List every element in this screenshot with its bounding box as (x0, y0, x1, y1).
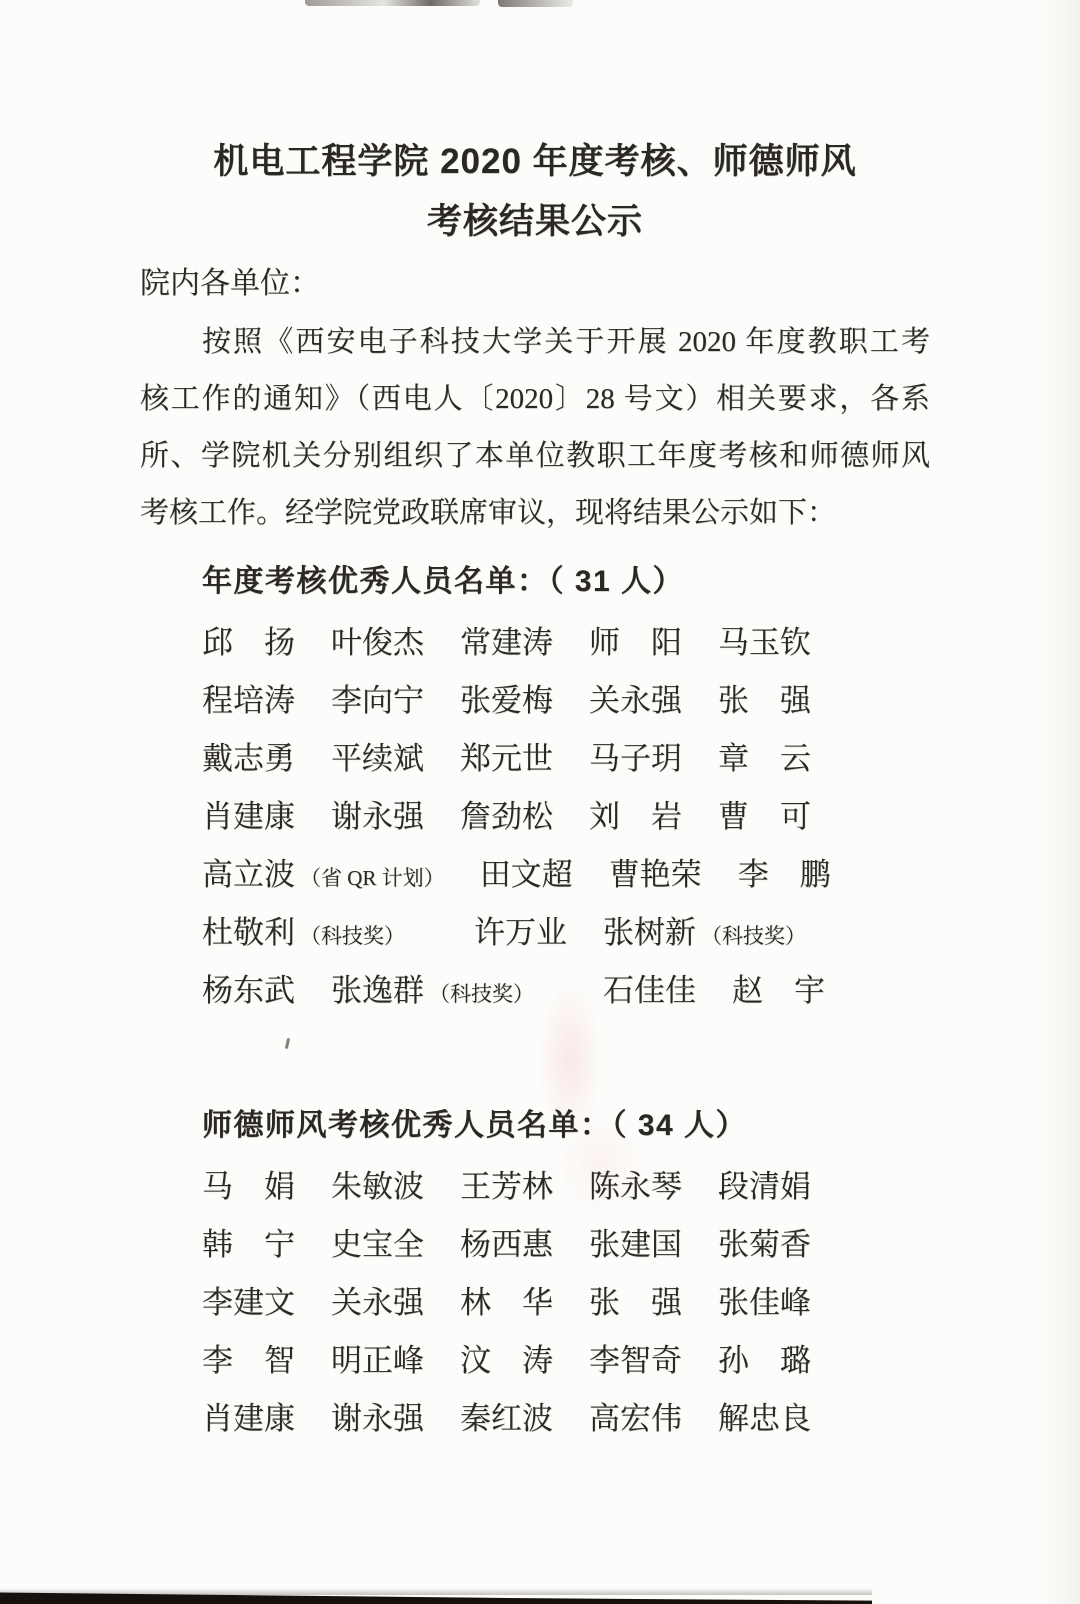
scan-edge-fade (0, 1588, 872, 1595)
person-cell: 平续斌 (331, 733, 425, 778)
person-name: 章 云 (718, 741, 811, 776)
person-cell: 杨西惠 (460, 1219, 554, 1264)
person-cell: 张 强 (589, 1277, 683, 1322)
person-cell: 李建文 (202, 1277, 296, 1322)
person-name: 师 阳 (589, 625, 682, 660)
person-cell: 李 鹏 (738, 849, 832, 894)
person-cell: 陈永琴 (589, 1161, 683, 1206)
person-name: 马 娟 (202, 1169, 295, 1204)
person-name: 张 强 (718, 683, 811, 718)
person-name: 郑元世 (460, 741, 553, 776)
person-name: 邱 扬 (202, 625, 295, 660)
person-name: 李建文 (202, 1285, 295, 1320)
person-cell: 詹劲松 (460, 791, 554, 836)
person-cell: 肖建康 (202, 1393, 296, 1438)
person-name: 孙 璐 (718, 1343, 811, 1378)
person-cell: 秦红波 (460, 1393, 554, 1438)
person-name: 常建涛 (460, 625, 553, 660)
name-row: 韩 宁史宝全杨西惠张建国张菊香 (140, 1212, 930, 1270)
person-name: 詹劲松 (460, 799, 553, 834)
person-name: 王芳林 (460, 1169, 553, 1204)
person-name: 张建国 (589, 1227, 682, 1262)
person-cell: 曹艳荣 (609, 849, 703, 894)
person-name: 肖建康 (202, 799, 295, 834)
person-cell: 关永强 (589, 675, 683, 720)
person-cell: 叶俊杰 (331, 617, 425, 662)
person-name: 高立波 (202, 857, 295, 892)
person-cell: 刘 岩 (589, 791, 683, 836)
person-name: 关永强 (331, 1285, 424, 1320)
person-cell: 解忠良 (718, 1393, 812, 1438)
person-cell: 程培涛 (202, 675, 296, 720)
section-rows: 马 娟朱敏波王芳林陈永琴段清娟韩 宁史宝全杨西惠张建国张菊香李建文关永强林 华张… (140, 1154, 930, 1444)
person-name: 李 智 (202, 1343, 295, 1378)
person-cell: 马 娟 (202, 1161, 296, 1206)
name-row: 高立波（省 QR 计划）田文超曹艳荣李 鹏 (140, 842, 930, 900)
person-note: （科技奖） (300, 924, 405, 948)
person-cell: 马玉钦 (718, 617, 812, 662)
person-cell: 马子玥 (589, 733, 683, 778)
scan-smudge-top-2-icon (498, 0, 573, 7)
person-cell: 李 智 (202, 1335, 296, 1380)
person-cell: 张树新（科技奖） (603, 907, 840, 952)
person-name: 林 华 (460, 1285, 553, 1320)
person-name: 程培涛 (202, 683, 295, 718)
person-cell: 朱敏波 (331, 1161, 425, 1206)
person-name: 关永强 (589, 683, 682, 718)
person-cell: 田文超 (480, 849, 574, 894)
section-heading: 师德师风考核优秀人员名单：（ 34 人） (140, 1104, 930, 1148)
person-cell: 戴志勇 (202, 733, 296, 778)
person-name: 高宏伟 (589, 1401, 682, 1436)
person-cell: 邱 扬 (202, 617, 296, 662)
person-name: 马子玥 (589, 741, 682, 776)
person-name: 秦红波 (460, 1401, 553, 1436)
scanned-document-page: 机电工程学院 2020 年度考核、师德师风 考核结果公示 院内各单位： 按照《西… (0, 0, 1080, 1604)
person-name: 杨东武 (202, 973, 295, 1008)
person-name: 刘 岩 (589, 799, 682, 834)
person-cell: 章 云 (718, 733, 812, 778)
person-note: （科技奖） (701, 924, 806, 948)
person-name: 韩 宁 (202, 1227, 295, 1262)
person-name: 许万业 (474, 915, 567, 950)
person-cell: 李智奇 (589, 1335, 683, 1380)
person-name: 朱敏波 (331, 1169, 424, 1204)
person-name: 张爱梅 (460, 683, 553, 718)
person-name: 谢永强 (331, 799, 424, 834)
person-cell: 张菊香 (718, 1219, 812, 1264)
person-cell: 张逸群（科技奖） (331, 965, 568, 1010)
person-name: 叶俊杰 (331, 625, 424, 660)
person-cell: 张佳峰 (718, 1277, 812, 1322)
person-note: （科技奖） (429, 982, 534, 1006)
person-cell: 杨东武 (202, 965, 296, 1010)
person-name: 曹 可 (718, 799, 811, 834)
person-cell: 张爱梅 (460, 675, 554, 720)
person-cell: 韩 宁 (202, 1219, 296, 1264)
name-row: 邱 扬叶俊杰常建涛师 阳马玉钦 (140, 610, 930, 668)
body-paragraph: 按照《西安电子科技大学关于开展 2020 年度教职工考 核工作的通知》（西电人〔… (140, 314, 930, 542)
person-cell: 明正峰 (331, 1335, 425, 1380)
person-name: 张菊香 (718, 1227, 811, 1262)
person-name: 平续斌 (331, 741, 424, 776)
person-cell: 张 强 (718, 675, 812, 720)
person-note: （省 QR 计划） (300, 866, 445, 890)
person-cell: 林 华 (460, 1277, 554, 1322)
body-paragraph-line: 核工作的通知》（西电人〔2020〕28 号文）相关要求，各系 (140, 371, 930, 428)
body-paragraph-line: 考核工作。经学院党政联席审议，现将结果公示如下： (140, 485, 930, 542)
person-name: 汶 涛 (460, 1343, 553, 1378)
person-name: 陈永琴 (589, 1169, 682, 1204)
person-cell: 高宏伟 (589, 1393, 683, 1438)
person-name: 李向宁 (331, 683, 424, 718)
person-cell: 段清娟 (718, 1161, 812, 1206)
person-name: 张树新 (603, 915, 696, 950)
person-name: 曹艳荣 (609, 857, 702, 892)
person-name: 杨西惠 (460, 1227, 553, 1262)
person-cell: 王芳林 (460, 1161, 554, 1206)
person-name: 李 鹏 (738, 857, 831, 892)
body-paragraph-line: 按照《西安电子科技大学关于开展 2020 年度教职工考 (140, 314, 930, 371)
page-title-line1: 机电工程学院 2020 年度考核、师德师风 (140, 138, 930, 186)
person-cell: 赵 宇 (732, 965, 826, 1010)
person-cell: 常建涛 (460, 617, 554, 662)
person-name: 石佳佳 (603, 973, 696, 1008)
sections-container: 年度考核优秀人员名单：（ 31 人）邱 扬叶俊杰常建涛师 阳马玉钦程培涛李向宁张… (140, 542, 930, 1444)
person-name: 明正峰 (331, 1343, 424, 1378)
person-cell: 曹 可 (718, 791, 812, 836)
person-name: 杜敬利 (202, 915, 295, 950)
person-name: 谢永强 (331, 1401, 424, 1436)
person-cell: 师 阳 (589, 617, 683, 662)
person-cell: 谢永强 (331, 791, 425, 836)
person-cell: 肖建康 (202, 791, 296, 836)
section-rows: 邱 扬叶俊杰常建涛师 阳马玉钦程培涛李向宁张爱梅关永强张 强戴志勇平续斌郑元世马… (140, 610, 930, 1016)
person-cell: 李向宁 (331, 675, 425, 720)
name-row: 马 娟朱敏波王芳林陈永琴段清娟 (140, 1154, 930, 1212)
name-row: 戴志勇平续斌郑元世马子玥章 云 (140, 726, 930, 784)
section-heading: 年度考核优秀人员名单：（ 31 人） (140, 560, 930, 604)
document-content: 机电工程学院 2020 年度考核、师德师风 考核结果公示 院内各单位： 按照《西… (0, 138, 1080, 1444)
page-title-line2: 考核结果公示 (140, 198, 930, 246)
person-name: 段清娟 (718, 1169, 811, 1204)
award-section: 年度考核优秀人员名单：（ 31 人）邱 扬叶俊杰常建涛师 阳马玉钦程培涛李向宁张… (140, 542, 930, 1016)
person-cell: 杜敬利（科技奖） (202, 907, 439, 952)
person-cell: 谢永强 (331, 1393, 425, 1438)
person-cell: 史宝全 (331, 1219, 425, 1264)
name-row: 程培涛李向宁张爱梅关永强张 强 (140, 668, 930, 726)
person-name: 赵 宇 (732, 973, 825, 1008)
person-cell: 汶 涛 (460, 1335, 554, 1380)
scan-smudge-top-icon (305, 0, 480, 6)
award-section: 师德师风考核优秀人员名单：（ 34 人）马 娟朱敏波王芳林陈永琴段清娟韩 宁史宝… (140, 1016, 930, 1444)
name-row: 李 智明正峰汶 涛李智奇孙 璐 (140, 1328, 930, 1386)
person-name: 张佳峰 (718, 1285, 811, 1320)
person-cell: 郑元世 (460, 733, 554, 778)
person-name: 解忠良 (718, 1401, 811, 1436)
name-row: 杨东武张逸群（科技奖）石佳佳赵 宇 (140, 958, 930, 1016)
salutation: 院内各单位： (140, 262, 930, 306)
person-name: 张 强 (589, 1285, 682, 1320)
person-name: 田文超 (480, 857, 573, 892)
person-name: 史宝全 (331, 1227, 424, 1262)
person-cell: 张建国 (589, 1219, 683, 1264)
name-row: 李建文关永强林 华张 强张佳峰 (140, 1270, 930, 1328)
name-row: 肖建康谢永强詹劲松刘 岩曹 可 (140, 784, 930, 842)
body-paragraph-line: 所、学院机关分别组织了本单位教职工年度考核和师德师风 (140, 428, 930, 485)
person-cell: 高立波（省 QR 计划） (202, 849, 445, 894)
person-cell: 石佳佳 (603, 965, 697, 1010)
name-row: 杜敬利（科技奖）许万业张树新（科技奖） (140, 900, 930, 958)
person-cell: 许万业 (474, 907, 568, 952)
person-name: 戴志勇 (202, 741, 295, 776)
name-row: 肖建康谢永强秦红波高宏伟解忠良 (140, 1386, 930, 1444)
person-name: 李智奇 (589, 1343, 682, 1378)
person-name: 马玉钦 (718, 625, 811, 660)
person-name: 张逸群 (331, 973, 424, 1008)
person-name: 肖建康 (202, 1401, 295, 1436)
person-cell: 孙 璐 (718, 1335, 812, 1380)
person-cell: 关永强 (331, 1277, 425, 1322)
